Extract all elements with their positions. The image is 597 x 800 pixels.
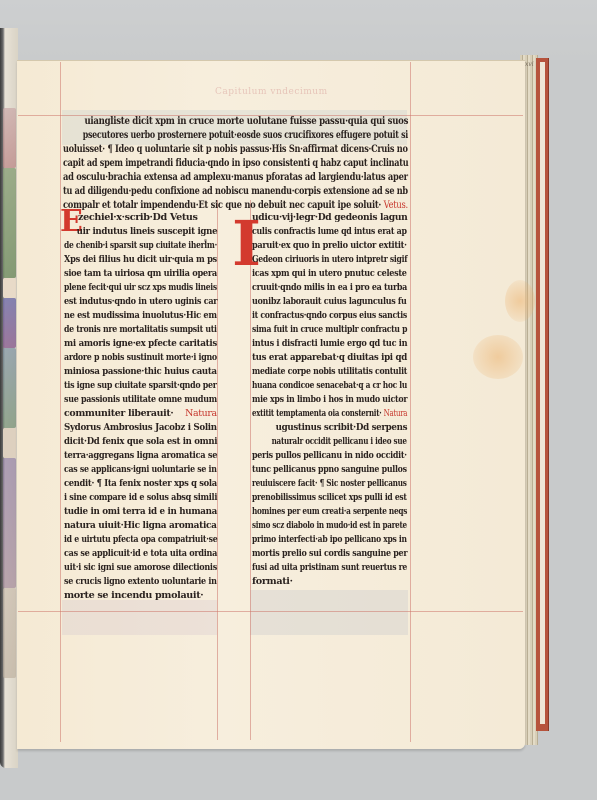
text-line: mediate corpe nobis utilitatis contulit <box>252 365 424 379</box>
ruling-line <box>60 62 61 742</box>
text-line: ugustinus scribit·Dd serpens <box>252 421 444 435</box>
text-line: primo interfecti·ab ipo pellicano xps in <box>252 533 420 547</box>
text-area-shading <box>62 600 217 635</box>
text-line: cruuit·qndo milis in ea i pro ea turba <box>252 281 429 295</box>
text-line: terra·aggregans ligna aromatica se <box>64 449 232 463</box>
text-line: de tronis nre mortalitatis sumpsit uti <box>64 323 223 337</box>
text-line: uoluisset· ¶ Ideo q uoluntarie sit p nob… <box>63 142 421 156</box>
text-line: tus erat apparebat·q diuitas ipi qd <box>252 351 443 365</box>
text-line: prenobilissimus scilicet xps pulli id es… <box>252 491 420 505</box>
left-column-text: zechiel·x·scrib·Dd Vetus uir indutus lin… <box>64 211 259 603</box>
text-line: culis confractis lume qd intus erat ap <box>252 225 426 239</box>
rubric-label: Natura <box>185 408 217 419</box>
book-pastedown-edge <box>540 62 545 724</box>
text-line: uit·i sic igni sue amorose dilectionis <box>64 561 228 575</box>
text-line: cendit· ¶ Ita fenix noster xps q sola <box>64 477 233 491</box>
text-line: paruit·ex quo in prelio uictor extitit· <box>252 239 433 253</box>
text-line: uonibz laborauit cuius lagunculus fu <box>252 295 429 309</box>
rubric-label: Vetus. <box>384 199 408 211</box>
text-line: Gedeon ciriuoris in utero intpretr sigif <box>252 253 422 267</box>
text-line: tis igne sup ciuitate sparsit·qndo per <box>64 379 224 393</box>
text-line: de chenib·i sparsit sup ciuitate iherl̄m… <box>64 239 217 253</box>
text-line: i sine compare id e solus absq simili <box>64 491 228 505</box>
facing-page-illumination <box>3 108 16 678</box>
text-line: tudie in omi terra id e in humana <box>64 505 241 519</box>
text-line: se crucis ligno extento uoluntarie in <box>64 575 227 589</box>
running-head: Capitulum vndecimum <box>215 87 328 97</box>
text-line: uiangliste dicit xpm in cruce morte uolu… <box>63 114 439 128</box>
text-line: intus i disfracti lumie ergo qd tuc in <box>252 337 433 351</box>
text-line: ardore p nobis sustinuit morte·i igno <box>64 351 224 365</box>
text-line: cas se applicans·igni uoluntarie se in <box>64 463 223 477</box>
text-line: huana condicoe senacebat·q a cr hoc lu <box>252 379 417 393</box>
text-line: tu ad diligendu·pedu confixione ad nobis… <box>63 184 419 198</box>
text-line: udicu·vij·legr·Dd gedeonis lagun <box>252 211 454 225</box>
water-stain <box>505 280 535 322</box>
text-line: simo scz diabolo in mudo·id est in paret… <box>252 519 411 533</box>
background-top <box>0 0 597 60</box>
text-line: morte se incendu pmolauit· <box>64 589 259 603</box>
text-line: reuiuiscere facit· ¶ Sic noster pellican… <box>252 477 414 491</box>
text-line: icas xpm qui in utero pnutuc celeste <box>252 267 431 281</box>
text-line: formati· <box>252 575 464 589</box>
text-line: Sydorus Ambrosius Jacobz i Solin <box>64 421 240 435</box>
text-line: uir indutus lineis suscepit igne <box>64 225 239 239</box>
text-line: Xps dei filius hu dicit uir·quia m ps <box>64 253 232 267</box>
text-line: fusi ad uita pristinam sunt reuertus re <box>252 561 422 575</box>
text-line: ad osculu·brachia extensa ad amplexu·man… <box>63 170 428 184</box>
folio-number: xvi <box>525 61 534 68</box>
text-line: est indutus·qndo in utero uginis car <box>64 295 229 309</box>
text-line: id e uirtutu pfecta opa compatriuit·se <box>64 533 222 547</box>
rubric-label: Natura <box>384 408 408 419</box>
top-text-block: uiangliste dicit xpm in cruce morte uolu… <box>63 114 518 212</box>
text-line: miniosa passione·thic huius cauta <box>64 365 237 379</box>
text-line: mortis prelio sui cordis sanguine per <box>252 547 429 561</box>
text-line: capit ad spem impetrandi fiducia·qndo in… <box>63 156 418 170</box>
text-line: ne est mudissima inuolutus·Hic em <box>64 309 231 323</box>
right-column-text: udicu·vij·legr·Dd gedeonis lagun culis c… <box>252 211 464 589</box>
text-line: zechiel·x·scrib·Dd Vetus <box>64 211 259 225</box>
text-line: communiter liberauit· Natura <box>64 407 255 421</box>
text-line: sima fuit in cruce multiplr confractu p <box>252 323 422 337</box>
text-line: natura uiuit·Hic ligna aromatica <box>64 519 246 533</box>
text-line: extitit temptamenta oia consternit· Natu… <box>252 407 407 421</box>
text-line: cas se applicuit·id e tota uita ordina <box>64 547 229 561</box>
text-line: naturalr occidit pellicanu i ideo sue <box>252 435 412 449</box>
text-line: psecutores uerbo prosternere potuit·eosd… <box>63 128 408 142</box>
text-line: mi amoris igne·ex pfecte caritatis <box>64 337 240 351</box>
ruling-line <box>18 611 523 612</box>
text-line: peris pullos pellicanu in nido occidit· <box>252 449 428 463</box>
text-line: dicit·Dd fenix que sola est in omni <box>64 435 237 449</box>
facing-page-edge <box>0 28 18 768</box>
text-line: it confractus·qndo corpus eius sanctis <box>252 309 423 323</box>
water-stain <box>473 335 523 379</box>
text-line: sue passionis utilitate omne mudum <box>64 393 226 407</box>
text-line: mie xps in limbo i hos in mudo uictor <box>252 393 427 407</box>
text-line: tunc pellicanus ppno sanguine pullos <box>252 463 426 477</box>
text-line: homines per eum creati·a serpente neqs <box>252 505 414 519</box>
text-line: plene fecit·qui uir scz xps mudis lineis <box>64 281 218 295</box>
text-area-shading <box>250 590 408 635</box>
text-line: sioe tam ta uiriosa qm uirilia opera <box>64 267 232 281</box>
